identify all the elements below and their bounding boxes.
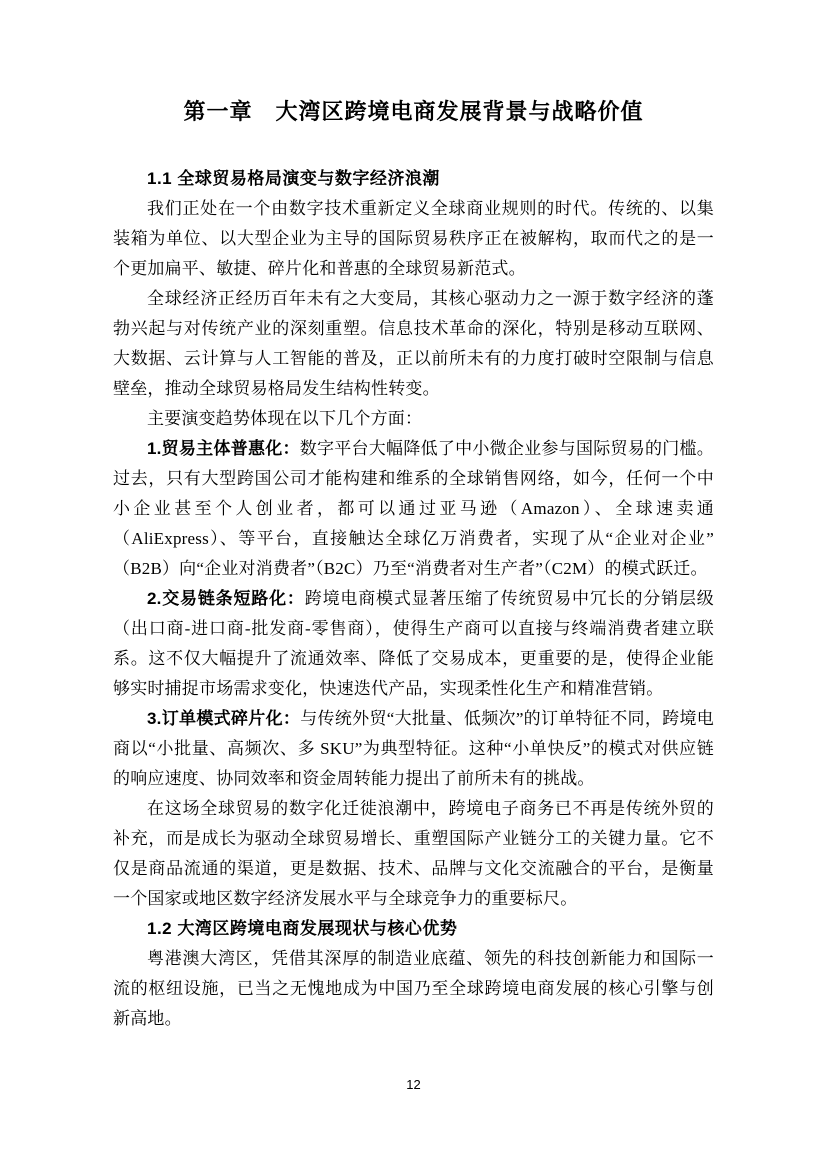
body-paragraph: 主要演变趋势体现在以下几个方面：: [113, 404, 714, 434]
body-paragraph: 全球经济正经历百年未有之大变局，其核心驱动力之一源于数字经济的蓬勃兴起与对传统产…: [113, 284, 714, 404]
chapter-title: 第一章 大湾区跨境电商发展背景与战略价值: [113, 96, 714, 128]
body-paragraph: 粤港澳大湾区，凭借其深厚的制造业底蕴、领先的科技创新能力和国际一流的枢纽设施，已…: [113, 944, 714, 1034]
paragraph-lead-label: 1.贸易主体普惠化：: [147, 439, 300, 458]
section-heading-1-1: 1.1 全球贸易格局演变与数字经济浪潮: [113, 164, 714, 194]
body-paragraph: 1.贸易主体普惠化：数字平台大幅降低了中小微企业参与国际贸易的门槛。过去，只有大…: [113, 434, 714, 584]
body-paragraph: 2.交易链条短路化：跨境电商模式显著压缩了传统贸易中冗长的分销层级（出口商-进口…: [113, 584, 714, 704]
paragraph-text: 数字平台大幅降低了中小微企业参与国际贸易的门槛。过去，只有大型跨国公司才能构建和…: [113, 439, 714, 578]
paragraph-lead-label: 2.交易链条短路化：: [147, 589, 305, 608]
section-heading-1-2: 1.2 大湾区跨境电商发展现状与核心优势: [113, 914, 714, 944]
body-paragraph: 在这场全球贸易的数字化迁徙浪潮中，跨境电子商务已不再是传统外贸的补充，而是成长为…: [113, 794, 714, 914]
paragraph-lead-label: 3.订单模式碎片化：: [147, 709, 300, 728]
body-paragraph: 3.订单模式碎片化：与传统外贸“大批量、低频次”的订单特征不同，跨境电商以“小批…: [113, 704, 714, 794]
page-content: 第一章 大湾区跨境电商发展背景与战略价值 1.1 全球贸易格局演变与数字经济浪潮…: [113, 96, 714, 1034]
document-page: 第一章 大湾区跨境电商发展背景与战略价值 1.1 全球贸易格局演变与数字经济浪潮…: [0, 0, 827, 1169]
page-number: 12: [0, 1076, 827, 1094]
body-paragraph: 我们正处在一个由数字技术重新定义全球商业规则的时代。传统的、以集装箱为单位、以大…: [113, 194, 714, 284]
